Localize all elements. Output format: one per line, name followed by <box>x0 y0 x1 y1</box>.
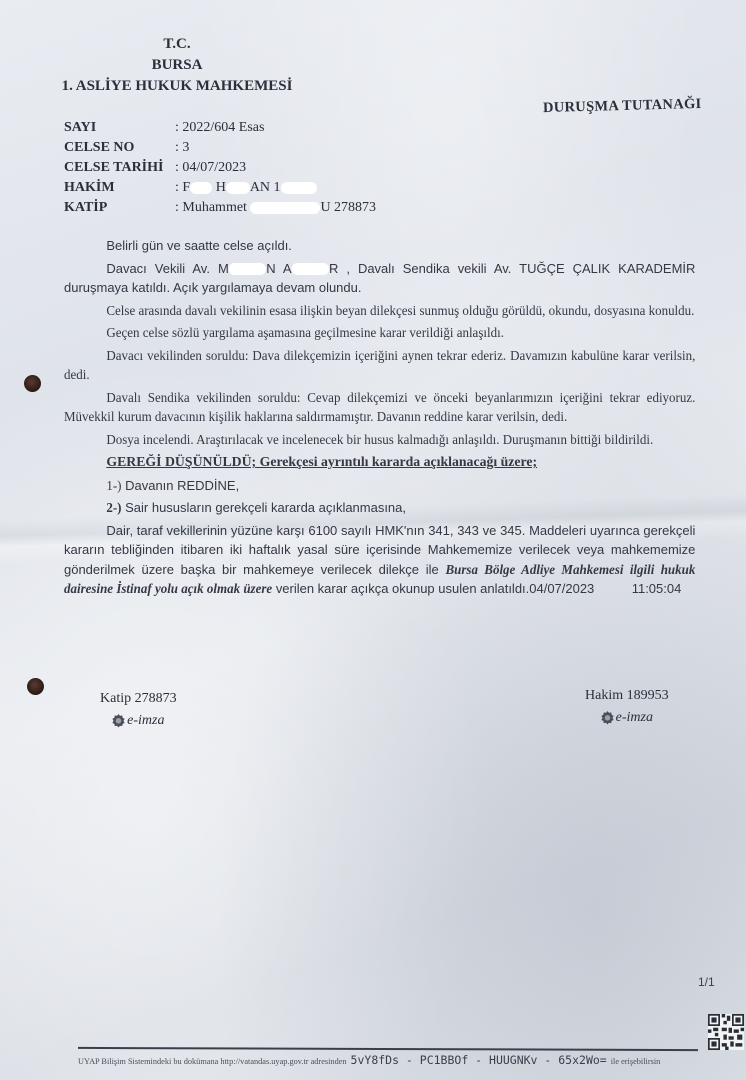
signature-label: e-imza <box>127 710 164 732</box>
katip-name-part: U 278873 <box>320 200 376 215</box>
qr-code-icon <box>708 1014 744 1050</box>
katip-name-part: : Muhammet <box>175 200 250 215</box>
hakim-name-part: AN 1 <box>250 180 281 195</box>
footer-text: UYAP Bilişim Sistemindeki bu dokümana ht… <box>78 1057 347 1066</box>
meta-value: : 3 <box>175 138 189 158</box>
seal-icon <box>112 714 125 728</box>
meta-label: KATİP <box>64 198 175 218</box>
paragraph: Geçen celse sözlü yargılama aşamasına ge… <box>64 323 695 343</box>
e-signature: e-imza <box>601 707 653 729</box>
meta-row-celse-no: CELSE NO : 3 <box>64 138 376 158</box>
hakim-name-part: H <box>216 180 226 195</box>
redaction-mark <box>250 202 320 214</box>
redaction-mark <box>281 182 317 194</box>
decision-date: 04/07/2023 <box>529 581 594 596</box>
paragraph: Davacı vekilinden soruldu: Dava dilekçem… <box>64 346 695 385</box>
redaction-mark <box>292 263 329 275</box>
header-tc: T.C. <box>52 34 302 55</box>
meta-row-hakim: HAKİM : F HAN 1 <box>64 178 376 198</box>
signature-label: e-imza <box>616 707 653 729</box>
item-text: Davanın REDDİNE, <box>125 478 239 493</box>
closing-paragraph: Dair, taraf vekillerinin yüzüne karşı 61… <box>64 521 695 599</box>
punch-hole <box>24 375 41 392</box>
meta-row-sayi: SAYI : 2022/604 Esas <box>64 118 376 138</box>
footer-verification: UYAP Bilişim Sistemindeki bu dokümana ht… <box>78 1053 660 1067</box>
decision-heading: GEREĞİ DÜŞÜNÜLDÜ; Gerekçesi ayrıntılı ka… <box>106 455 537 470</box>
redaction-mark <box>190 182 212 194</box>
hakim-name-part: : F <box>175 180 190 195</box>
seal-icon <box>601 711 614 725</box>
decision-time: 11:05:04 <box>632 581 682 596</box>
decision-item-1: 1-) Davanın REDDİNE, <box>64 476 695 496</box>
decision-item-2: 2-) Sair hususların gerekçeli kararda aç… <box>64 498 695 518</box>
item-text: Sair hususların gerekçeli kararda açıkla… <box>125 500 406 515</box>
meta-value: : Muhammet U 278873 <box>175 198 376 218</box>
redaction-mark <box>226 182 250 194</box>
paragraph: Belirli gün ve saatte celse açıldı. <box>64 236 695 256</box>
paragraph: Davalı Sendika vekilinden soruldu: Cevap… <box>64 388 695 427</box>
meta-value: : F HAN 1 <box>175 178 317 198</box>
document-type: DURUŞMA TUTANAĞI <box>543 96 702 117</box>
signature-title: Katip 278873 <box>100 688 177 710</box>
footer-divider <box>78 1047 698 1051</box>
meta-row-katip: KATİP : Muhammet U 278873 <box>64 198 376 218</box>
header-city: BURSA <box>52 55 302 76</box>
paragraph: Celse arasında davalı vekilinin esasa il… <box>64 301 695 321</box>
meta-row-celse-tarihi: CELSE TARİHİ : 04/07/2023 <box>64 158 376 178</box>
text-part: N A <box>266 261 291 276</box>
case-meta: SAYI : 2022/604 Esas CELSE NO : 3 CELSE … <box>64 118 376 218</box>
verification-code: 5vY8fDs - PC1BBOf - HUUGNKv - 65x2Wo= <box>351 1053 607 1067</box>
text-part: Davacı Vekili Av. M <box>106 261 228 276</box>
meta-value: : 04/07/2023 <box>175 158 246 178</box>
punch-hole <box>27 678 44 695</box>
paragraph: Davacı Vekili Av. MN AR , Davalı Sendika… <box>64 259 695 298</box>
paragraph: Dosya incelendi. Araştırılacak ve incele… <box>64 430 695 450</box>
judge-signature: Hakim 189953 e-imza <box>585 685 669 733</box>
meta-label: SAYI <box>64 118 175 138</box>
item-number: 2-) <box>106 500 121 515</box>
meta-label: HAKİM <box>64 178 175 198</box>
item-number: 1-) <box>106 478 121 493</box>
page-number: 1/1 <box>698 975 715 989</box>
signature-title: Hakim 189953 <box>585 685 669 707</box>
e-signature: e-imza <box>112 710 164 732</box>
redaction-mark <box>229 263 266 275</box>
court-header: T.C. BURSA 1. ASLİYE HUKUK MAHKEMESİ <box>52 34 302 97</box>
text-part: verilen karar açıkça okunup usulen anlat… <box>272 581 529 596</box>
footer-text: ile erişebilirsin <box>611 1057 661 1066</box>
decision-heading-line: GEREĞİ DÜŞÜNÜLDÜ; Gerekçesi ayrıntılı ka… <box>64 452 695 473</box>
header-court: 1. ASLİYE HUKUK MAHKEMESİ <box>52 76 302 97</box>
meta-label: CELSE TARİHİ <box>64 158 175 178</box>
hearing-record-body: Belirli gün ve saatte celse açıldı. Dava… <box>64 236 695 602</box>
meta-value: : 2022/604 Esas <box>175 118 264 138</box>
meta-label: CELSE NO <box>64 138 175 158</box>
clerk-signature: Katip 278873 e-imza <box>100 688 177 736</box>
